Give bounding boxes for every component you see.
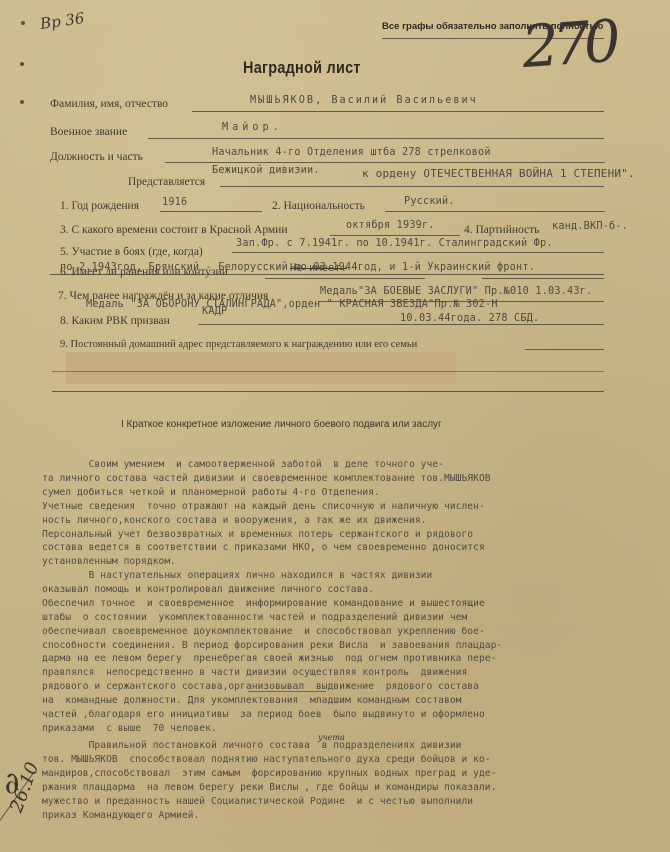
rvk-line — [198, 324, 604, 325]
paragraph-line: та личного состава частей дивизии и свое… — [42, 472, 491, 486]
paragraph-2: В наступательных операциях лично находил… — [42, 569, 502, 736]
paragraph-line: штабы о состоянии укомплектованности час… — [42, 611, 502, 625]
army-since-value: октября 1939г. — [346, 220, 435, 231]
nominated-label: Представляется — [128, 176, 205, 188]
paragraph-3: Правильной постановкой личного состава в… — [42, 739, 496, 822]
paragraph-line: частей ,благодаря его инициативы за пери… — [42, 708, 502, 722]
paragraph-line: Своим умением и самоотверженной заботой … — [42, 458, 491, 472]
rvk-value-2: 10.03.44года. 278 СБД. — [400, 313, 539, 324]
binder-hole — [20, 100, 24, 104]
paragraph-line: тов. МЫШЬЯКОВ способствовал поднятию нас… — [42, 753, 496, 767]
paragraph-line: Персональный учет безвозвратных и времен… — [42, 528, 491, 542]
section-heading: I Краткое конкретное изложение личного б… — [121, 419, 442, 430]
rank-line — [148, 138, 604, 139]
handwritten-number: 270 — [520, 7, 617, 81]
address-label: 9. Постоянный домашний адрес представляе… — [60, 339, 417, 350]
prev-awards-value-line1: Медаль"ЗА БОЕВЫЕ ЗАСЛУГИ" Пр.№010 1.03.4… — [320, 286, 592, 297]
nominated-value: к ордену ОТЕЧЕСТВЕННАЯ ВОЙНА 1 СТЕПЕНИ". — [362, 167, 635, 180]
name-label: Фамилия, имя, отчество — [50, 98, 168, 110]
nationality-value: Русский. — [404, 196, 455, 207]
paragraph-line: ржания плацдарма на левом берегу реки Ви… — [42, 781, 496, 795]
wounds-value: Не имеет. — [290, 263, 347, 274]
paragraph-line: сумел добиться четкой и планомерной рабо… — [42, 486, 491, 500]
paragraph-line: В наступательных операциях лично находил… — [42, 569, 502, 583]
address-line2 — [52, 371, 604, 372]
party-label: 4. Партийность — [464, 224, 539, 236]
paragraph-line: приказ Командующего Армией. — [42, 809, 496, 823]
prev-awards-value-line2: Медаль "ЗА ОБОРОНУ СТАЛИНГРАДА",орден " … — [86, 299, 498, 310]
redacted-address — [66, 352, 456, 384]
name-value: МЫШЬЯКОВ, Василий Васильевич — [250, 95, 478, 106]
battles-label: 5. Участие в боях (где, когда) — [60, 246, 203, 258]
page-title: Наградной лист — [243, 58, 361, 78]
paragraph-line: состава ведется в соответствии с приказа… — [42, 541, 491, 555]
paragraph-line: Обеспечил точное и своевременное информи… — [42, 597, 502, 611]
paragraph-line: дарма на ее левом берегу пренебрегая сво… — [42, 652, 502, 666]
birth-year-line — [160, 211, 262, 212]
birth-year-label: 1. Год рождения — [60, 200, 139, 212]
name-line — [192, 111, 604, 112]
wounds-line — [265, 278, 425, 279]
paragraph-line: приказами с выше 70 человек. — [42, 722, 502, 736]
army-since-line — [330, 235, 460, 236]
paragraph-line: Правильной постановкой личного состава в… — [42, 739, 496, 753]
paragraph-line: установленным порядком. — [42, 555, 491, 569]
binder-hole — [21, 21, 25, 25]
paragraph-line: на командные должности. Для укомплектова… — [42, 694, 502, 708]
battles-line1 — [232, 252, 604, 253]
corner-note: Вр 36 — [39, 9, 86, 33]
paragraph-line: мандиров,способствовал этим самым форсир… — [42, 767, 496, 781]
position-value-line2: Бежицкой дивизии. — [212, 165, 320, 176]
birth-year-value: 1916 — [162, 197, 187, 208]
rank-label: Военное звание — [50, 126, 127, 138]
wounds-label: 6. Имеет ли ранения или контузии — [60, 266, 228, 278]
paragraph-1: Своим умением и самоотверженной заботой … — [42, 458, 491, 569]
wounds-line-right — [482, 278, 604, 279]
paragraph-line: рядового и сержантского состава,организо… — [42, 680, 502, 694]
paragraph-line: обеспечивал своевременное доукомплектова… — [42, 625, 502, 639]
nationality-label: 2. Национальность — [272, 200, 365, 212]
paragraph-line: ность личного,конского состава и вооруже… — [42, 514, 491, 528]
rvk-label: 8. Каким РВК призван — [60, 315, 170, 327]
nationality-line — [385, 211, 605, 212]
rvk-value: КАДР — [202, 306, 227, 317]
party-value: канд.ВКП-б-. — [552, 221, 628, 232]
nominated-line — [220, 186, 604, 187]
paragraph-line: способности соединения. В период форсиро… — [42, 639, 502, 653]
rank-value: Майор. — [222, 122, 283, 133]
binder-hole — [20, 62, 24, 66]
address-line1 — [525, 349, 604, 350]
position-line — [165, 162, 605, 163]
paragraph-line: оказывал помощь и контролировал движение… — [42, 583, 502, 597]
paragraph-line: правлялся непосредственно в части дивизи… — [42, 666, 502, 680]
blue-underline-mark — [248, 691, 326, 692]
battles-value-line1: Зап.Фр. с 7.1941г. по 10.1941г. Сталингр… — [236, 238, 553, 249]
document-page: Вр 36 Все графы обязательно заполнять по… — [0, 0, 670, 852]
position-label: Должность и часть — [50, 151, 143, 163]
paragraph-line: мужество и преданность нашей Социалистич… — [42, 795, 496, 809]
paragraph-line: Учетные сведения точно отражают на кажды… — [42, 500, 491, 514]
position-value-line1: Начальник 4-го Отделения штба 278 стрелк… — [212, 147, 491, 158]
army-since-label: 3. С какого времени состоит в Красной Ар… — [60, 224, 287, 236]
address-line3 — [52, 391, 604, 392]
